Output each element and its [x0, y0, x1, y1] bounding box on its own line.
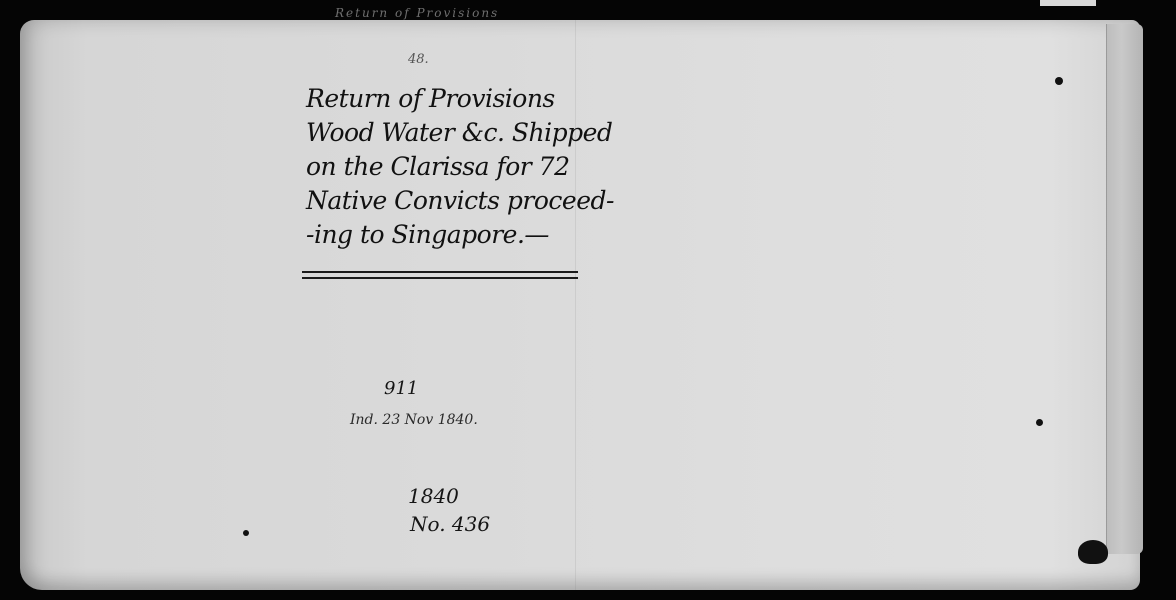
- adjacent-page-edge: [1040, 0, 1096, 6]
- double-underline-bottom: [302, 277, 578, 279]
- ink-spot: [243, 530, 249, 536]
- ink-spot: [1036, 419, 1043, 426]
- title-line-2: Wood Water &c. Shipped: [306, 116, 578, 150]
- title-line-5: -ing to Singapore.—: [306, 218, 578, 252]
- title-line-4: Native Convicts proceed-: [306, 184, 578, 218]
- folded-right-edge: [1106, 24, 1143, 554]
- title-line-3: on the Clarissa for 72: [306, 150, 578, 184]
- year-note: 1840: [408, 484, 459, 508]
- item-number: No. 436: [410, 512, 490, 536]
- faint-top-text: Return of Provisions: [335, 6, 499, 20]
- ink-blot: [1078, 540, 1108, 564]
- date-note: Ind. 23 Nov 1840.: [350, 412, 478, 428]
- title-line-1: Return of Provisions: [306, 82, 578, 116]
- page-number: 48.: [408, 52, 429, 67]
- double-underline-top: [302, 271, 578, 273]
- paper-sheet: [20, 20, 1140, 590]
- reference-number: 911: [384, 378, 418, 399]
- ink-spot: [1055, 77, 1063, 85]
- docket-title: Return of Provisions Wood Water &c. Ship…: [306, 82, 578, 252]
